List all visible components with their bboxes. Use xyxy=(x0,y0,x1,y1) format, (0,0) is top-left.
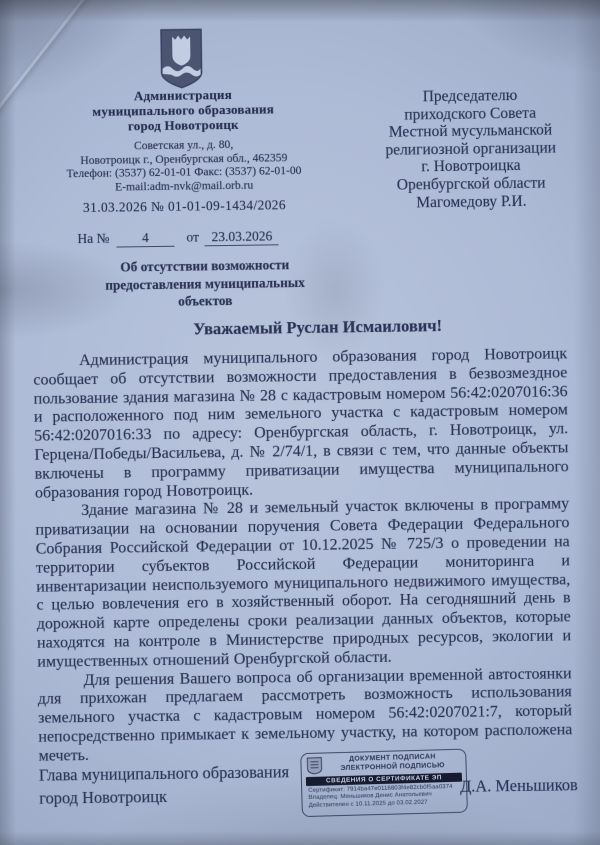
org-name: Администрация муниципального образования… xyxy=(40,87,326,135)
signature-position-line: город Новотроицк xyxy=(39,783,319,810)
reply-ref-number: 4 xyxy=(116,230,174,248)
esign-stamp: ДОКУМЕНТ ПОДПИСАН ЭЛЕКТРОННОЙ ПОДПИСЬЮ С… xyxy=(300,749,468,818)
addressee-block: Председателю приходского Совета Местной … xyxy=(347,86,594,213)
reply-ref-label: На № xyxy=(77,231,109,247)
body-paragraph: Для решения Вашего вопроса об организаци… xyxy=(37,665,572,766)
subject-line: объектов xyxy=(60,290,350,312)
body-paragraph: Администрация муниципального образования… xyxy=(33,345,569,503)
reply-ref-date: 23.03.2026 xyxy=(205,228,279,246)
stamp-crest-icon xyxy=(306,757,322,775)
body-paragraph: Здание магазина № 28 и земельный участок… xyxy=(35,496,571,673)
letter-document: Администрация муниципального образования… xyxy=(0,0,600,845)
addressee-name: Магомедову Р.И. xyxy=(349,191,594,212)
reply-ref-preposition: от xyxy=(186,229,199,245)
stamp-details: Сертификат: 7914ba47e0116803f4e82cb0f5aa… xyxy=(302,782,467,812)
org-name-line: город Новотроицк xyxy=(41,116,326,135)
signature-position-line: Глава муниципального образования xyxy=(39,760,319,787)
outgoing-ref-number: 31.03.2026 № 01-01-09-1434/2026 xyxy=(32,196,337,216)
letter-photo: Администрация муниципального образования… xyxy=(0,0,600,845)
signature-position: Глава муниципального образования город Н… xyxy=(39,760,320,810)
stamp-title: ДОКУМЕНТ ПОДПИСАН ЭЛЕКТРОННОЙ ПОДПИСЬЮ xyxy=(325,753,459,774)
signature-name: Д.А. Меньшиков xyxy=(460,775,600,797)
salutation: Уважаемый Руслан Исмаилович! xyxy=(33,314,600,342)
letterhead-address: Советская ул., д. 80, Новотроицк г., Оре… xyxy=(31,136,337,195)
novotroitsk-coat-of-arms-icon xyxy=(158,27,204,90)
reply-ref-row: На №4от23.03.2026 xyxy=(77,228,279,248)
letter-subject: Об отсутствии возможности предоставления… xyxy=(60,255,351,312)
letter-body: Администрация муниципального образования… xyxy=(33,345,573,766)
esign-stamp-header: ДОКУМЕНТ ПОДПИСАН ЭЛЕКТРОННОЙ ПОДПИСЬЮ xyxy=(301,750,466,776)
